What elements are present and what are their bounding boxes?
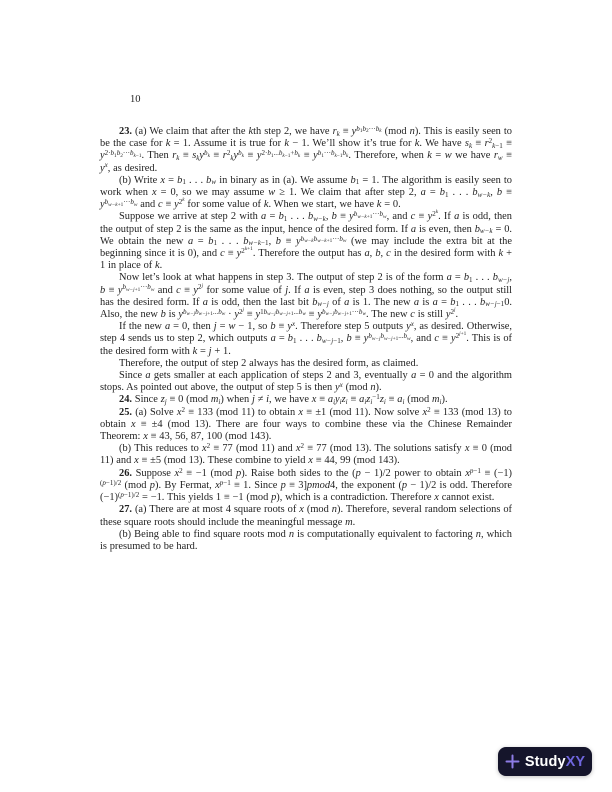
paragraph-problem-27a: 27. (a) There are at most 4 square roots… xyxy=(100,504,512,528)
paragraph-step4-5: If the new a = 0, then j = w − 1, so b ≡… xyxy=(100,321,512,358)
logo-brand-xy: XY xyxy=(566,754,586,770)
paragraph-problem-27b: (b) Being able to find square roots mod … xyxy=(100,529,512,553)
paragraph-problem-24: 24. Since zj ≡ 0 (mod mi) when j ≠ i, we… xyxy=(100,394,512,406)
paragraph-problem-23a: 23. (a) We claim that after the kth step… xyxy=(100,126,512,175)
paragraph-since-a: Since a gets smaller at each application… xyxy=(100,370,512,394)
document-page: 10 23. (a) We claim that after the kth s… xyxy=(0,0,612,792)
paragraph-problem-25a: 25. (a) Solve x2 ≡ 133 (mod 11) to obtai… xyxy=(100,407,512,444)
paragraph-problem-23b: (b) Write x = b1 . . . bw in binary as i… xyxy=(100,175,512,212)
page-number: 10 xyxy=(130,94,141,106)
logo-wordmark: StudyXY xyxy=(525,754,585,770)
paragraph-therefore: Therefore, the output of step 2 always h… xyxy=(100,358,512,370)
logo-brand-study: Study xyxy=(525,754,566,770)
solutions-text-block: 23. (a) We claim that after the kth step… xyxy=(100,126,512,553)
paragraph-problem-25b: (b) This reduces to x2 ≡ 77 (mod 11) and… xyxy=(100,443,512,467)
paragraph-suppose-step2: Suppose we arrive at step 2 with a = b1 … xyxy=(100,211,512,272)
plus-icon xyxy=(505,754,520,769)
studyxy-logo-badge[interactable]: StudyXY xyxy=(498,747,592,776)
paragraph-step3: Now let’s look at what happens in step 3… xyxy=(100,272,512,321)
paragraph-problem-26: 26. Suppose x2 ≡ −1 (mod p). Raise both … xyxy=(100,468,512,505)
